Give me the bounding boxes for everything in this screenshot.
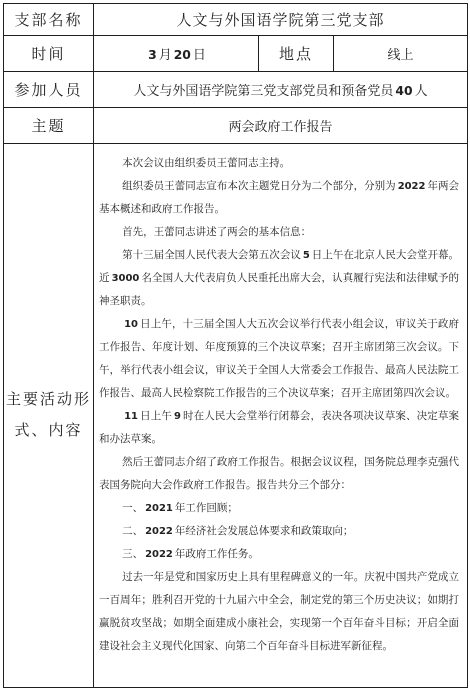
activity-paragraph: 第十三届全国人民代表大会第五次会议5日上午在北京人民大会堂开幕。近3000名全国…	[99, 244, 459, 313]
table-row: 主要活动形 式、内容 本次会议由组织委员王蕾同志主持。 组织委员王蕾同志宣布本次…	[4, 144, 468, 688]
table-row: 参加人员 人文与外国语学院第三党支部党员和预备党员40人	[4, 72, 468, 108]
field-value-time: 3月20日	[94, 36, 259, 72]
field-label-time: 时间	[4, 36, 94, 72]
activity-paragraph: 然后王蕾同志介绍了政府工作报告。根据会议议程，国务院总理李克强代表国务院向大会作…	[99, 451, 459, 497]
field-value-location: 线上	[334, 36, 468, 72]
field-label-activity: 主要活动形 式、内容	[4, 144, 94, 688]
field-value-branch-name: 人文与外国语学院第三党支部	[94, 4, 468, 36]
field-label-participants: 参加人员	[4, 72, 94, 108]
table-row: 时间 3月20日 地点 线上	[4, 36, 468, 72]
meeting-record-table: 支部名称 人文与外国语学院第三党支部 时间 3月20日 地点 线上 参加人员 人…	[3, 3, 468, 688]
field-label-location: 地点	[259, 36, 334, 72]
activity-paragraph: 11日上午9时在人民大会堂举行闭幕会，表决各项决议草案、决定草案和办法草案。	[99, 405, 459, 451]
activity-paragraph: 过去一年是党和国家历史上具有里程碑意义的一年。庆祝中国共产党成立一百周年；胜利召…	[99, 566, 459, 658]
activity-paragraph: 二、2022年经济社会发展总体要求和政策取向；	[99, 520, 459, 543]
table-row: 支部名称 人文与外国语学院第三党支部	[4, 4, 468, 36]
field-label-branch-name: 支部名称	[4, 4, 94, 36]
activity-label-line1: 主要活动形	[4, 385, 93, 416]
activity-paragraph: 一、2021年工作回顾；	[99, 497, 459, 520]
activity-paragraph: 三、2022年政府工作任务。	[99, 543, 459, 566]
field-value-topic: 两会政府工作报告	[94, 108, 468, 144]
table-row: 主题 两会政府工作报告	[4, 108, 468, 144]
field-label-topic: 主题	[4, 108, 94, 144]
activity-paragraph: 组织委员王蕾同志宣布本次主题党日分为二个部分，分别为2022年两会基本概述和政府…	[99, 175, 459, 221]
activity-paragraph: 首先，王蕾同志讲述了两会的基本信息：	[99, 221, 459, 244]
field-value-participants: 人文与外国语学院第三党支部党员和预备党员40人	[94, 72, 468, 108]
meeting-record-document: 支部名称 人文与外国语学院第三党支部 时间 3月20日 地点 线上 参加人员 人…	[0, 0, 470, 690]
activity-paragraph: 10日上午，十三届全国人大五次会议举行代表小组会议，审议关于政府工作报告、年度计…	[99, 313, 459, 405]
activity-paragraph: 本次会议由组织委员王蕾同志主持。	[99, 152, 459, 175]
activity-content: 本次会议由组织委员王蕾同志主持。 组织委员王蕾同志宣布本次主题党日分为二个部分，…	[94, 144, 468, 688]
activity-label-line2: 式、内容	[4, 416, 93, 447]
